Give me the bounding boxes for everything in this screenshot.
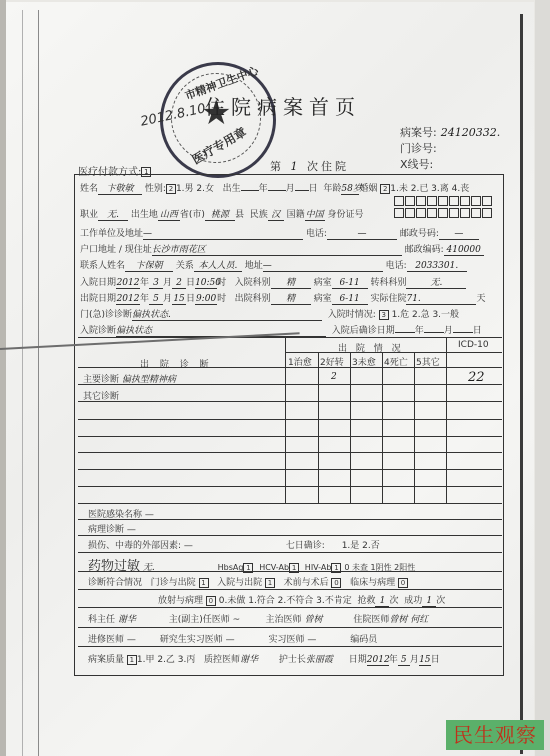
admission-discharge-label: 入院与出院 (217, 578, 262, 588)
patient-info-row-1: 姓名卞敬敏 性别:21.男 2.女 出生年月日 年龄58岁婚姻 21.未 2.已… (80, 181, 469, 195)
birth-year-field[interactable] (241, 190, 259, 191)
sex-label: 性别: (145, 184, 166, 194)
day-label: 日 (186, 294, 195, 304)
contact-phone-field[interactable]: 2033301. (407, 261, 467, 272)
address-field[interactable]: 长沙市雨花区 (152, 242, 402, 256)
month-label: 月 (163, 294, 172, 304)
contact-name-label: 联系人姓名 (80, 261, 125, 271)
transfer-dept-label: 转科科别 (370, 278, 406, 288)
county-label: 县 (235, 210, 244, 220)
work-row: 工作单位及地址— 电话:— 邮政号码:— (80, 226, 479, 240)
phone-label: 电话: (306, 229, 327, 239)
visit-suffix: 次住院 (307, 160, 349, 173)
trainees-row: 进修医师 — 研究生实习医师 — 实习医师 — 编码员 (88, 632, 377, 645)
radiology-pathology-checkbox[interactable]: 0 (206, 596, 216, 606)
main-diagnosis-status[interactable]: 2 (331, 372, 337, 382)
day-label: 日 (186, 278, 195, 288)
margin-line (38, 10, 39, 756)
intern-label: 实习医师 (269, 635, 305, 645)
date-day-field[interactable]: 15 (419, 655, 431, 666)
admission-date-label: 入院日期 (80, 278, 116, 288)
transfer-dept-field[interactable]: 无. (406, 275, 466, 289)
ethnicity-label: 民族 (250, 210, 268, 220)
record-no-label: 病案号: (400, 126, 437, 139)
patient-info-row-2: 职业无. 出生地山西省(市)桃源县 民族汉 国籍中国 身份证号 (80, 207, 363, 221)
day-label: 日 (473, 326, 482, 336)
contact-address-label: 地址 (245, 261, 263, 271)
clinical-pathology-label: 临床与病理 (350, 578, 395, 588)
graduate-intern-label: 研究生实习医师 (160, 635, 223, 645)
table-line (78, 401, 502, 402)
age-field[interactable]: 58岁 (341, 181, 359, 195)
times-label: 次 (436, 596, 445, 606)
main-diagnosis-label: 主要诊断 (83, 375, 119, 385)
sex-options: 1.男 2.女 (176, 184, 214, 194)
marital-checkbox[interactable]: 2 (380, 184, 390, 194)
er-diagnosis-label: 门(急)诊诊断 (80, 310, 132, 320)
table-col-line (350, 352, 351, 503)
status-col-header: 1治愈 (288, 355, 312, 368)
year-label: 年 (415, 326, 424, 336)
match-options: 0.未做 1.符合 2.不符合 3.不肯定 (219, 596, 352, 606)
coder-label: 编码员 (350, 635, 377, 645)
id-digit-box[interactable] (405, 196, 415, 206)
discharge-date-row: 出院日期2012年5月15日9:00时 出院科别精 病室6-11 实际住院71.… (80, 291, 485, 305)
marital-options: 1.未 2.已 3.离 4.丧 (390, 184, 469, 194)
quality-label: 病案质量 (88, 655, 124, 665)
success-label: 成功 (404, 596, 422, 606)
footer-line (78, 646, 502, 647)
postal-field[interactable]: — (439, 229, 479, 240)
qc-signature: 谢华 (240, 652, 276, 665)
attending-signature: 曾树 (304, 612, 350, 625)
table-line (78, 503, 502, 504)
admission-diagnosis-field[interactable]: 偏执状态 (116, 323, 326, 337)
birthplace-province-field[interactable]: 山西 (158, 207, 180, 221)
admission-hour-field[interactable]: 10:50 (195, 278, 217, 289)
quality-row: 病案质量 11.甲 2.乙 3.丙 质控医师谢华 护士长张丽霞 日期2012年5… (88, 652, 440, 666)
id-digit-box[interactable] (416, 208, 426, 218)
pre-post-op-label: 术前与术后 (284, 578, 329, 588)
quality-options: 1.甲 2.乙 3.丙 (137, 655, 195, 665)
month-label: 月 (410, 655, 419, 665)
birthplace-label: 出生地 (131, 210, 158, 220)
discharge-dept-field[interactable]: 精 (271, 291, 311, 305)
day-label: 日 (309, 184, 318, 194)
year-label: 年 (140, 278, 149, 288)
main-diagnosis-value[interactable]: 偏执型精神病 (122, 375, 176, 385)
table-line (78, 469, 502, 470)
status-col-header: 4死亡 (384, 355, 408, 368)
days-label: 天 (476, 294, 485, 304)
discharge-ward-field[interactable]: 6-11 (332, 294, 368, 305)
age-label: 年龄 (323, 184, 341, 194)
confirm-date-label: 入院后确诊日期 (332, 326, 395, 336)
birth-month-field[interactable] (268, 190, 286, 191)
seven-day-label: 七日确诊: (286, 541, 325, 551)
table-col-line (318, 352, 319, 503)
birthplace-county-field[interactable]: 桃源 (205, 207, 235, 221)
id-digit-box[interactable] (449, 208, 459, 218)
month-label: 月 (444, 326, 453, 336)
watermark-badge: 民生观察 (446, 720, 544, 750)
contact-phone-label: 电话: (386, 261, 407, 271)
nationality-field[interactable]: 中国 (305, 207, 325, 221)
contact-address-field[interactable]: — (263, 261, 383, 272)
birth-label: 出生 (223, 184, 241, 194)
page-title: 住院病案首页 (205, 91, 361, 120)
admission-day-field[interactable]: 2 (172, 278, 186, 289)
radiology-row: 放射与病理 0 0.未做 1.符合 2.不符合 3.不肯定 抢救1次 成功1次 (158, 593, 445, 607)
id-digit-box[interactable] (438, 196, 448, 206)
id-digit-box[interactable] (427, 196, 437, 206)
footer-line (78, 552, 502, 553)
stay-days-field[interactable]: 71. (406, 294, 476, 305)
visit-prefix: 第 (270, 160, 284, 173)
injury-label: 损伤、中毒的外部因素: — (88, 541, 193, 551)
table-col-line (446, 337, 447, 503)
discharge-date-label: 出院日期 (80, 294, 116, 304)
id-digit-box[interactable] (438, 208, 448, 218)
attending-label: 主治医师 (266, 615, 302, 625)
id-digit-box[interactable] (449, 196, 459, 206)
date-year-field[interactable]: 2012 (367, 655, 389, 666)
discharge-year-field[interactable]: 2012 (116, 294, 140, 305)
id-digit-box[interactable] (394, 208, 404, 218)
id-digit-box[interactable] (482, 208, 492, 218)
id-boxes-row-2 (393, 208, 492, 221)
nationality-label: 国籍 (287, 210, 305, 220)
times-label: 次 (389, 596, 398, 606)
address-row: 户口地址 / 现住址长沙市雨花区 邮政编码:410000 (80, 242, 484, 256)
year-label: 年 (389, 655, 398, 665)
quality-checkbox[interactable]: 1 (127, 655, 137, 665)
id-number-label: 身份证号 (327, 210, 363, 220)
id-digit-box[interactable] (460, 196, 470, 206)
table-col-line (285, 337, 286, 503)
head-nurse-signature: 张丽霞 (306, 652, 346, 665)
table-line (78, 486, 502, 487)
icd-header: ICD-10 (458, 340, 489, 350)
hour-label: 时 (217, 294, 226, 304)
year-label: 年 (259, 184, 268, 194)
confirm-year-field[interactable] (395, 332, 415, 333)
province-label: 省(市) (180, 210, 205, 220)
marital-label: 婚姻 (359, 184, 377, 194)
footer-line (78, 571, 502, 572)
id-digit-box[interactable] (482, 196, 492, 206)
status-col-header: 2好转 (320, 355, 344, 368)
admission-condition-options: 1.危 2.急 3.一般 (392, 310, 459, 320)
discharge-dept-label: 出院科别 (235, 294, 271, 304)
date-label: 日期 (349, 655, 367, 665)
main-diagnosis-icd[interactable]: 22 (468, 370, 485, 385)
visit-count: 第 1 次住院 (270, 158, 349, 174)
id-digit-box[interactable] (394, 196, 404, 206)
admission-ward-field[interactable]: 6-11 (332, 278, 368, 289)
trainee-label: 进修医师 (88, 635, 124, 645)
admission-row: 入院日期2012年3月2日10:50时 入院科别精 病室6-11 转科科别无. (80, 275, 466, 289)
birth-day-field[interactable] (295, 190, 309, 191)
id-digit-box[interactable] (471, 196, 481, 206)
er-diagnosis-field[interactable]: 偏执状态. (132, 307, 322, 321)
injury-row: 损伤、中毒的外部因素: — 七日确诊: 1.是 2.否 (88, 538, 380, 551)
job-field[interactable]: 无. (98, 207, 128, 221)
admission-dept-field[interactable]: 精 (271, 275, 311, 289)
discharge-month-field[interactable]: 5 (149, 294, 163, 305)
rescue-count-field[interactable]: 1 (375, 596, 389, 607)
month-label: 月 (286, 184, 295, 194)
rescue-label: 抢救 (357, 596, 375, 606)
admission-condition-checkbox[interactable]: 3 (379, 310, 389, 320)
postal-code-label: 邮政编码: (405, 245, 444, 255)
discharge-day-field[interactable]: 15 (172, 294, 186, 305)
outpatient-number: 门诊号: (400, 140, 441, 156)
chief-value: ~ (233, 615, 263, 625)
admission-year-field[interactable]: 2012 (116, 278, 140, 289)
relation-label: 关系 (176, 261, 194, 271)
address-label: 户口地址 / 现住址 (80, 245, 152, 255)
discharge-diagnosis-header: 出 院 诊 断 (140, 357, 213, 370)
trainee-value: — (127, 635, 157, 645)
date-month-field[interactable]: 5 (398, 655, 410, 666)
record-no-value: 24120332. (441, 126, 501, 139)
admission-month-field[interactable]: 3 (149, 278, 163, 289)
pathology-label: 病理诊断 — (88, 522, 136, 535)
seven-day-options[interactable]: 1.是 2.否 (342, 541, 380, 551)
phone-field[interactable]: — (327, 229, 397, 240)
name-field[interactable]: 卞敬敏 (98, 181, 142, 195)
postal-label: 邮政号码: (400, 229, 439, 239)
status-col-header: 5其它 (416, 355, 440, 368)
contact-name-field[interactable]: 卞保朝 (125, 258, 173, 272)
diagnosis-match-label: 诊断符合情况 (88, 578, 142, 588)
sex-checkbox[interactable]: 2 (166, 184, 176, 194)
chief-label: 主(副主)任医师 (169, 615, 230, 625)
resident-label: 住院医师 (353, 615, 389, 625)
table-top-line (78, 337, 502, 338)
work-field[interactable]: — (143, 229, 303, 240)
ethnicity-field[interactable]: 汉 (268, 207, 284, 221)
id-digit-box[interactable] (460, 208, 470, 218)
director-label: 科主任 (88, 615, 115, 625)
confirm-month-field[interactable] (424, 332, 444, 333)
er-diagnosis-row: 门(急)诊诊断偏执状态. 入院时情况: 3 1.危 2.急 3.一般 (80, 307, 459, 321)
discharge-hour-field[interactable]: 9:00 (195, 294, 217, 305)
xray-no-label: X线号: (400, 158, 433, 171)
other-diagnosis-label: 其它诊断 (83, 389, 119, 402)
contact-row: 联系人姓名卞保朝 关系本人人员. 地址— 电话:2033301. (80, 258, 467, 272)
qc-label: 质控医师 (204, 655, 240, 665)
visit-count-value: 1 (291, 160, 301, 173)
xray-number: X线号: (400, 156, 437, 172)
day-label: 日 (431, 655, 440, 665)
outpatient-discharge-label: 门诊与出院 (151, 578, 196, 588)
name-label: 姓名 (80, 184, 98, 194)
director-signature: 谢华 (118, 612, 166, 625)
id-digit-box[interactable] (416, 196, 426, 206)
footer-line (78, 627, 502, 628)
diagnosis-match-row: 诊断符合情况 门诊与出院 1 入院与出院 1 术前与术后 0 临床与病理 0 (88, 575, 408, 588)
intern-value: — (307, 635, 347, 645)
table-line (78, 419, 502, 420)
binding-bar (520, 14, 523, 754)
admission-dept-label: 入院科别 (235, 278, 271, 288)
footer-line (78, 535, 502, 536)
admission-discharge-checkbox[interactable]: 1 (265, 578, 275, 588)
graduate-intern-value: — (226, 635, 266, 645)
stay-label: 实际住院 (370, 294, 406, 304)
outpatient-discharge-checkbox[interactable]: 1 (199, 578, 209, 588)
id-digit-box[interactable] (427, 208, 437, 218)
relation-field[interactable]: 本人人员. (194, 258, 242, 272)
job-label: 职业 (80, 210, 98, 220)
clinical-pathology-checkbox[interactable]: 0 (398, 578, 408, 588)
table-col-line (382, 352, 383, 503)
postal-code-field[interactable]: 410000 (444, 245, 484, 256)
admission-diagnosis-label: 入院诊断 (80, 326, 116, 336)
pre-post-op-checkbox[interactable]: 0 (331, 578, 341, 588)
success-count-field[interactable]: 1 (422, 596, 436, 607)
outpatient-no-label: 门诊号: (400, 142, 437, 155)
id-digit-box[interactable] (405, 208, 415, 218)
margin-line (22, 10, 23, 756)
scan-edge-right (535, 0, 550, 756)
discharge-status-header: 出 院 情 况 (338, 341, 404, 354)
ward-label: 病室 (314, 278, 332, 288)
record-number: 病案号:24120332. (400, 124, 500, 140)
table-line (78, 436, 502, 437)
ward-label: 病室 (314, 294, 332, 304)
head-nurse-label: 护士长 (279, 655, 306, 665)
physicians-row: 科主任 谢华 主(副主)任医师 ~ 主治医师 曾树 住院医师曾树 何红 (88, 612, 428, 625)
hour-label: 时 (217, 278, 226, 288)
resident-signature: 曾树 何红 (389, 615, 428, 625)
table-col-line (414, 352, 415, 503)
year-label: 年 (140, 294, 149, 304)
confirm-day-field[interactable] (453, 332, 473, 333)
admission-condition-label: 入院时情况: (328, 310, 376, 320)
hospital-infection-label: 医院感染名称 — (88, 507, 154, 520)
footer-line (78, 607, 502, 608)
main-diagnosis-row: 主要诊断 偏执型精神病 (83, 372, 176, 385)
id-digit-box[interactable] (471, 208, 481, 218)
radiology-pathology-label: 放射与病理 (158, 596, 203, 606)
table-line (78, 452, 502, 453)
month-label: 月 (163, 278, 172, 288)
status-col-header: 3未愈 (352, 355, 376, 368)
work-label: 工作单位及地址 (80, 229, 143, 239)
footer-line (78, 589, 502, 590)
